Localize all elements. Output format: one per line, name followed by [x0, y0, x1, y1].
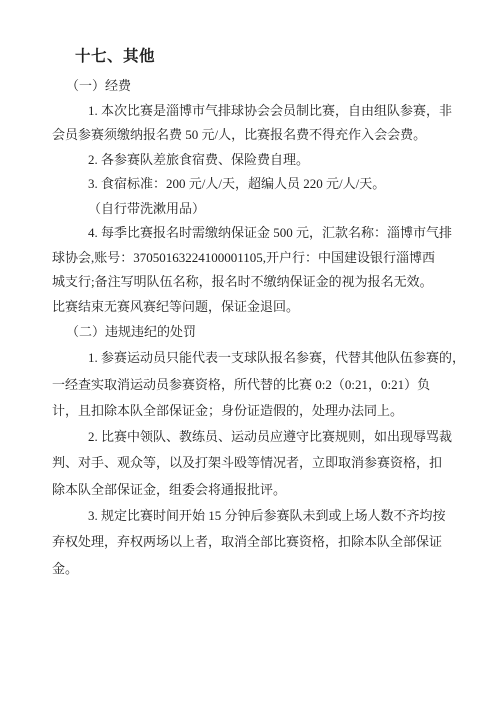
section-penalties: （二）违规违纪的处罚 1. 参赛运动员只能代表一支球队报名参赛，代替其他队伍参赛…: [52, 319, 450, 582]
doc-line: 3. 规定比赛时间开始 15 分钟后参赛队未到或上场人数不齐均按: [52, 503, 450, 529]
document-title: 十七、其他: [52, 48, 450, 66]
document-content: 十七、其他 （一）经费 1. 本次比赛是淄博市气排球协会会员制比赛，自由组队参赛…: [0, 0, 500, 582]
doc-line: 比赛结束无赛风赛纪等问题，保证金退回。: [52, 295, 450, 320]
section-heading: （一）经费: [52, 74, 450, 99]
doc-line: 1. 参赛运动员只能代表一支球队报名参赛，代替其他队伍参赛的，: [52, 345, 450, 371]
doc-line: 3. 食宿标准：200 元/人/天，超编人员 220 元/人/天。: [52, 172, 450, 197]
doc-line: 金。: [52, 556, 450, 582]
section-heading: （二）违规违纪的处罚: [52, 319, 450, 345]
doc-line: 4. 每季比赛报名时需缴纳保证金 500 元，汇款名称：淄博市气排: [52, 221, 450, 246]
document-page: 十七、其他 （一）经费 1. 本次比赛是淄博市气排球协会会员制比赛，自由组队参赛…: [0, 0, 500, 707]
doc-line: 城支行;备注写明队伍名称，报名时不缴纳保证金的视为报名无效。: [52, 270, 450, 295]
doc-line: 2. 比赛中领队、教练员、运动员应遵守比赛规则，如出现辱骂裁: [52, 424, 450, 450]
doc-line: 计，且扣除本队全部保证金；身份证造假的，处理办法同上。: [52, 398, 450, 424]
doc-line: 弃权处理，弃权两场以上者，取消全部比赛资格，扣除本队全部保证: [52, 529, 450, 555]
doc-line: （自行带洗漱用品）: [52, 197, 450, 222]
doc-line: 会员参赛须缴纳报名费 50 元/人，比赛报名费不得充作入会会费。: [52, 123, 450, 148]
section-funding: （一）经费 1. 本次比赛是淄博市气排球协会会员制比赛，自由组队参赛，非 会员参…: [52, 74, 450, 319]
doc-line: 一经查实取消运动员参赛资格，所代替的比赛 0:2（0:21，0:21）负: [52, 372, 450, 398]
doc-line: 2. 各参赛队差旅食宿费、保险费自理。: [52, 148, 450, 173]
doc-line: 除本队全部保证金，组委会将通报批评。: [52, 477, 450, 503]
doc-line: 球协会,账号：37050163224100001105,开户行：中国建设银行淄博…: [52, 246, 450, 271]
doc-line: 判、对手、观众等，以及打架斗殴等情况者，立即取消参赛资格，扣: [52, 450, 450, 476]
doc-line: 1. 本次比赛是淄博市气排球协会会员制比赛，自由组队参赛，非: [52, 99, 450, 124]
